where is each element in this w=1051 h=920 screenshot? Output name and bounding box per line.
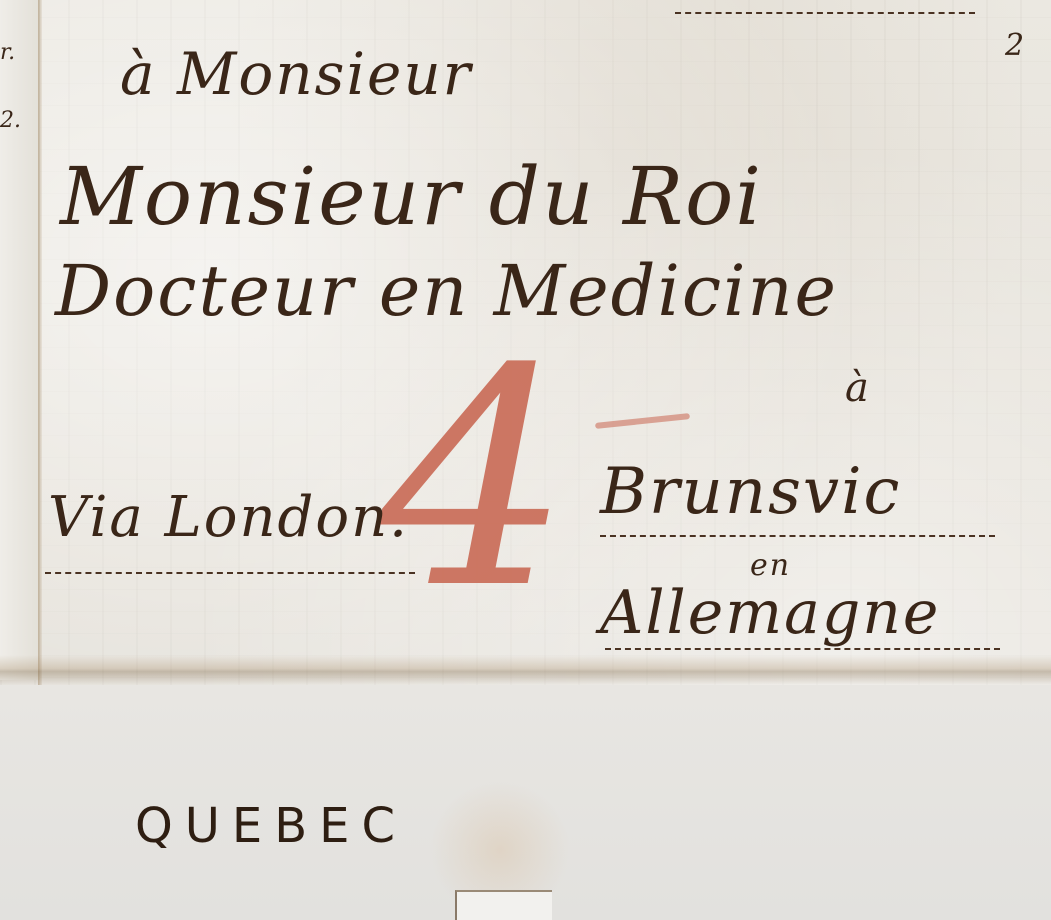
country-underline	[605, 648, 1000, 650]
quebec-postmark: QUEBEC	[135, 798, 407, 854]
horizontal-fold-line	[0, 655, 1051, 685]
routing-underline	[45, 572, 415, 574]
destination-city: Brunsvic	[600, 455, 901, 529]
left-paper-strip	[0, 0, 40, 680]
destination-country: Allemagne	[600, 578, 940, 648]
corner-number: 2	[1005, 28, 1026, 63]
salutation-line: à Monsieur	[120, 40, 472, 108]
preposition-a: à	[845, 365, 871, 411]
vertical-fold-line	[38, 0, 42, 690]
red-rate-dash	[595, 413, 690, 429]
margin-fragment: 2.	[0, 108, 21, 133]
city-underline	[600, 535, 995, 537]
margin-fragment: r.	[0, 40, 15, 65]
postage-rate-numeral: 4	[380, 330, 571, 630]
letter-cover: r. 2. 2 à Monsieur Monsieur du Roi Docte…	[0, 0, 1051, 920]
recipient-name-line: Monsieur du Roi	[60, 150, 763, 243]
top-underline	[675, 12, 975, 14]
routing-instruction: Via London.	[48, 485, 409, 550]
paper-scrap	[455, 890, 552, 920]
